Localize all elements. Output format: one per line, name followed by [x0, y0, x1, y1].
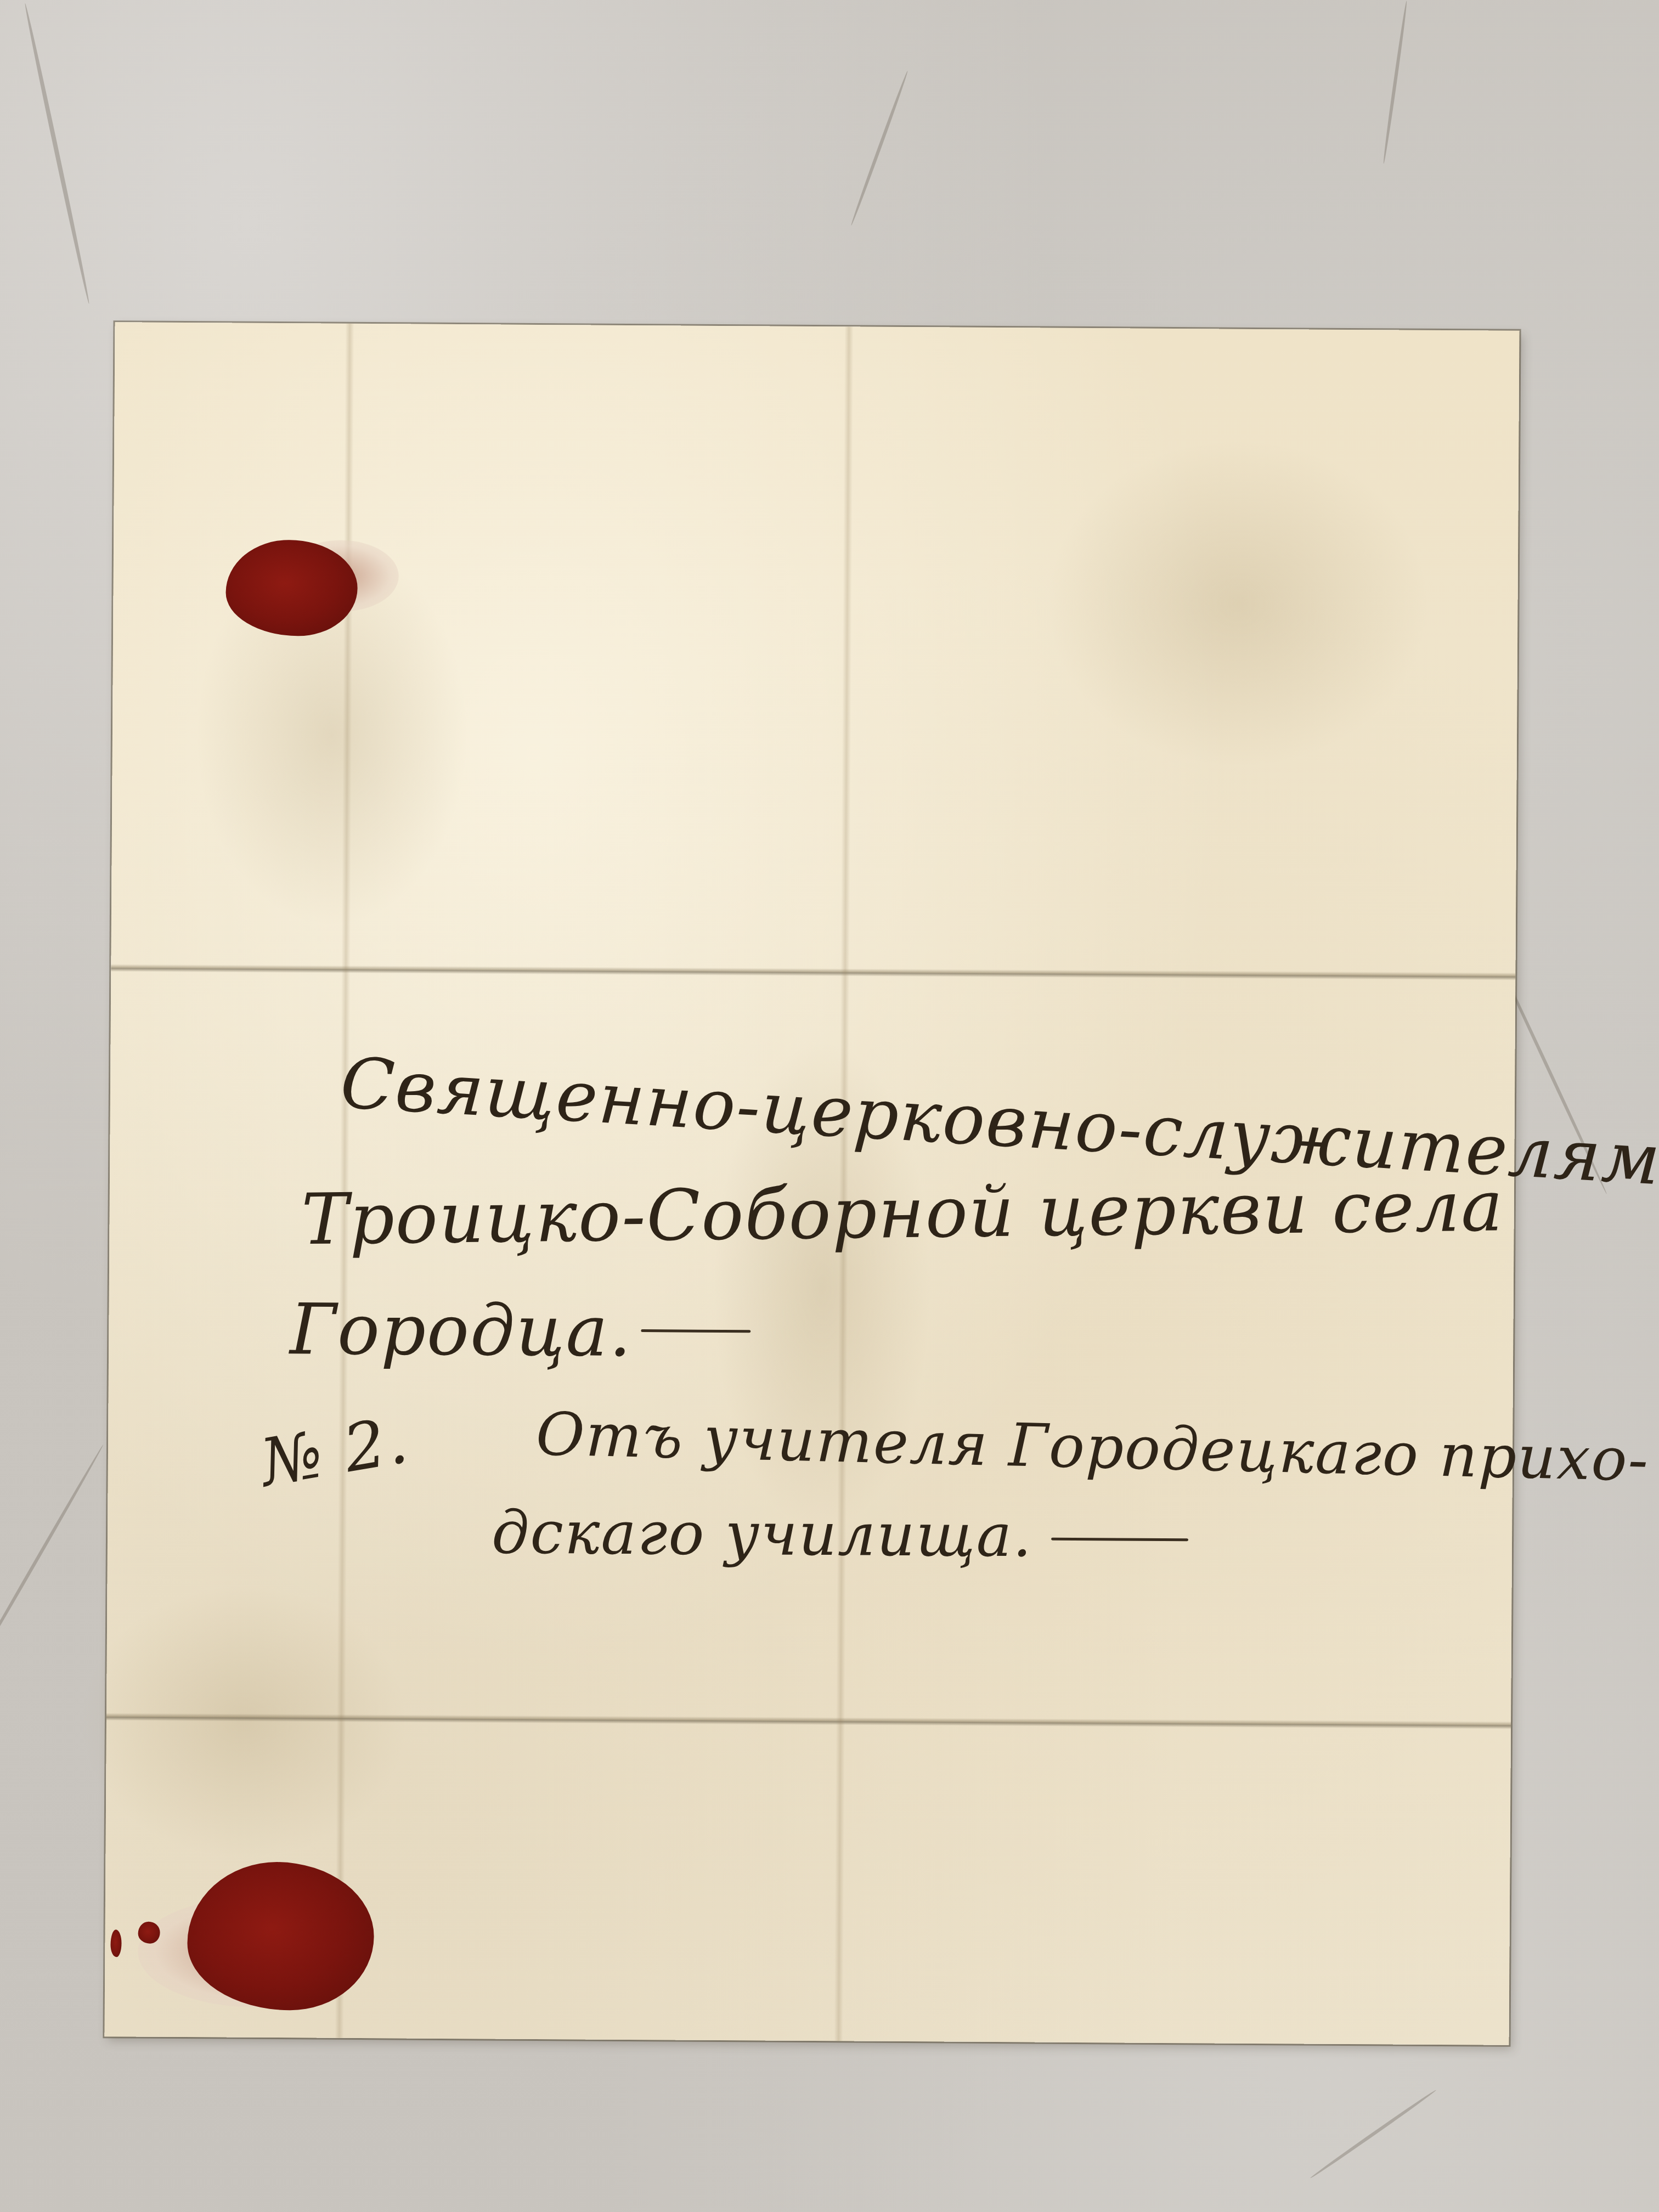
background-texture: [1382, 1, 1408, 164]
background-texture: [850, 70, 909, 226]
background-texture: [0, 1444, 105, 1683]
paper-stain: [1045, 438, 1431, 769]
sender-line-2: дскаго училища.: [492, 1498, 1033, 1570]
address-line-3: Городца.: [290, 1289, 633, 1373]
letter-paper: Священно-церковно-служителямъ Троицко-Со…: [104, 322, 1519, 2045]
wax-seal-top: [225, 539, 358, 636]
background-texture: [23, 3, 91, 304]
fold-line-upper: [111, 964, 1515, 980]
sender-line-1: Отъ учителя Городецкаго прихо-: [535, 1400, 1650, 1495]
address-line-2: Троицко-Соборной церкви села: [301, 1165, 1504, 1261]
dash-line-3: [641, 1329, 751, 1333]
document-number: № 2.: [255, 1402, 414, 1501]
wax-fragment: [110, 1929, 121, 1957]
dash-line-5: [1051, 1538, 1188, 1542]
wax-fragment: [138, 1922, 160, 1944]
background-texture: [1310, 2089, 1437, 2180]
wax-seal-bottom: [187, 1861, 375, 2011]
